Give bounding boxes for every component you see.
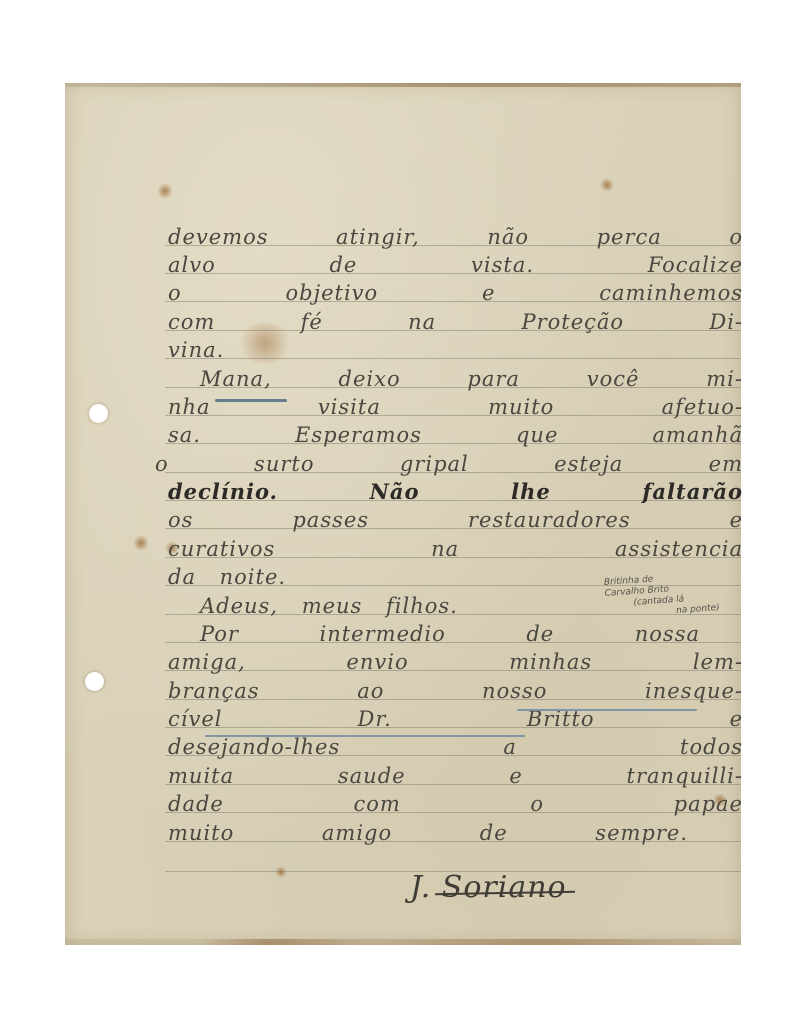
stain [133,535,149,551]
punch-hole-bottom [85,672,104,691]
text-line: sa. Esperamos que amanhã [168,421,743,449]
text-line: Por intermedio de nossa [168,620,700,648]
text-line: dade com o papae [168,790,743,818]
stain [157,183,173,199]
text-line: o surto gripal esteja em [155,450,743,478]
text-line: declínio. Não lhe faltarão [168,478,743,506]
text-line: Mana, deixo para você mi- [168,365,743,393]
blue-underline-mana [215,399,287,402]
blue-underline-dr-britto [205,735,525,737]
text-line: o objetivo e caminhemos [168,279,743,307]
stain [600,178,614,192]
text-line: muita saude e tranquilli- [168,762,743,790]
signature: J. Soriano [410,870,567,905]
stain [275,866,287,878]
paper-bottom-edge [65,939,741,945]
text-line: branças ao nosso inesque- [168,677,743,705]
text-line: vina. [168,336,498,364]
text-line: os passes restauradores e [168,506,743,534]
letter-page: devemos atingir, não perca o alvo de vis… [65,83,741,945]
text-line: curativos na assistencia [168,535,743,563]
blue-underline-inesquecivel [517,709,697,711]
paper-top-edge [65,83,741,87]
text-line: com fé na Proteção Di- [168,308,743,336]
text-line: amiga, envio minhas lem- [168,648,743,676]
text-line: da noite. [168,563,498,591]
text-line: desejando-lhes a todos [168,733,743,761]
text-line: muito amigo de sempre. [168,819,688,847]
text-line: Adeus, meus filhos. [168,592,530,620]
text-line: alvo de vista. Focalize [168,251,743,279]
punch-hole-top [89,404,108,423]
text-line: nha visita muito afetuo- [168,393,743,421]
text-line: devemos atingir, não perca o [168,223,743,251]
